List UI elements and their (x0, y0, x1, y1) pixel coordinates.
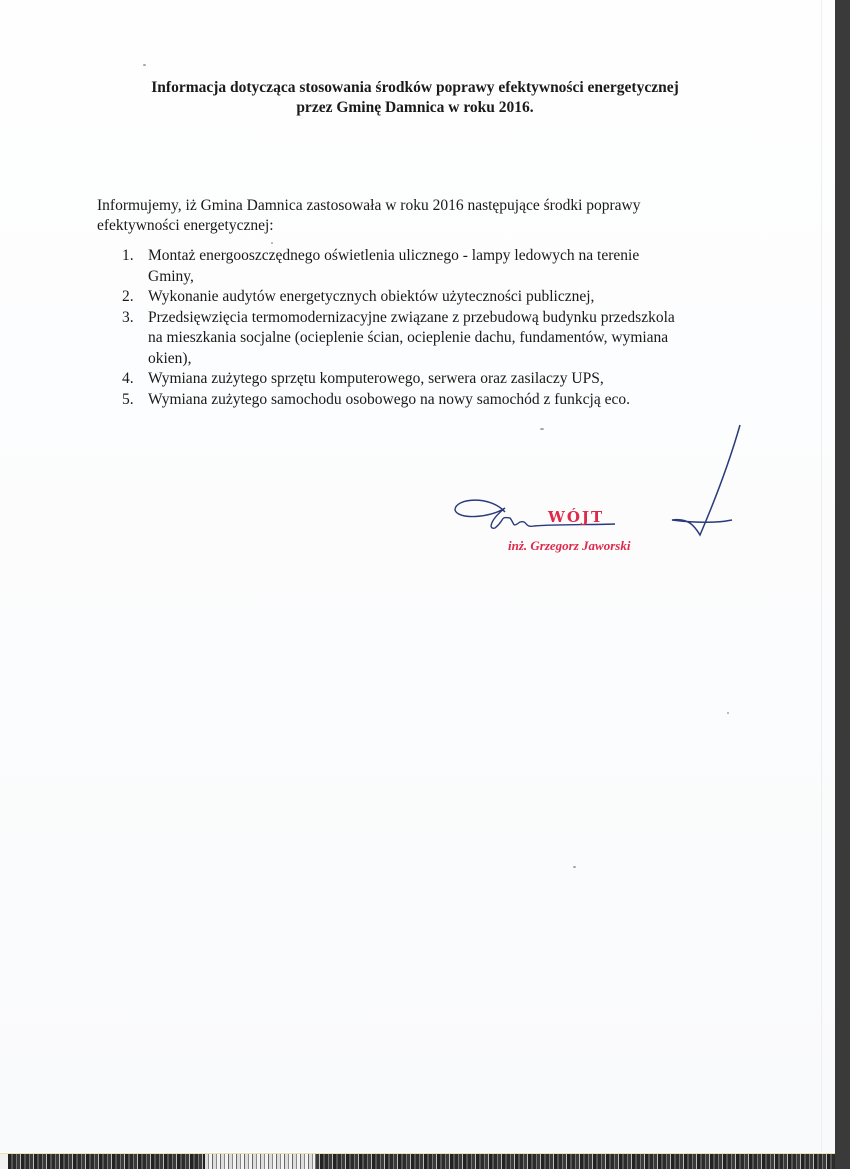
list-item-text: Gminy, (148, 267, 742, 288)
list-number: 2. (122, 287, 134, 308)
intro-line-1: Informujemy, iż Gmina Damnica zastosował… (97, 196, 737, 216)
list-item-text: Wykonanie audytów energetycznych obiektó… (148, 287, 742, 308)
title-line-2: przez Gminę Damnica w roku 2016. (100, 98, 730, 118)
list-item: 3. Przedsięwzięcia termomodernizacyjne z… (122, 308, 742, 370)
scan-edge-segment (0, 1154, 8, 1169)
scan-speck (540, 428, 544, 430)
document-title: Informacja dotycząca stosowania środków … (100, 78, 730, 118)
list-item-text: Wymiana zużytego sprzętu komputerowego, … (148, 369, 742, 390)
scan-speck (143, 64, 146, 66)
scan-edge-segment (205, 1154, 315, 1169)
title-line-1: Informacja dotycząca stosowania środków … (100, 78, 730, 98)
scanner-edge-bottom (0, 1153, 835, 1169)
list-number: 5. (122, 390, 134, 411)
scan-speck (271, 242, 273, 244)
stamp-name: inż. Grzegorz Jaworski (508, 538, 630, 554)
scan-speck (727, 712, 729, 714)
list-item-text: Montaż energooszczędnego oświetlenia uli… (148, 246, 742, 267)
stamp-position: WÓJT (548, 508, 604, 526)
list-number: 4. (122, 369, 134, 390)
list-item-text: Przedsięwzięcia termomodernizacyjne zwią… (148, 308, 742, 329)
list-item-text: na mieszkania socjalne (ocieplenie ścian… (148, 328, 742, 349)
scan-speck (573, 866, 576, 868)
list-item-text: okien), (148, 349, 742, 370)
list-item: 2. Wykonanie audytów energetycznych obie… (122, 287, 742, 308)
scanner-edge-right (835, 0, 850, 1169)
intro-line-2: efektywności energetycznej: (97, 216, 737, 236)
intro-paragraph: Informujemy, iż Gmina Damnica zastosował… (97, 196, 737, 236)
list-item: 1. Montaż energooszczędnego oświetlenia … (122, 246, 742, 287)
list-number: 1. (122, 246, 134, 267)
list-number: 3. (122, 308, 134, 329)
measures-list: 1. Montaż energooszczędnego oświetlenia … (122, 246, 742, 410)
list-item: 5. Wymiana zużytego samochodu osobowego … (122, 390, 742, 411)
scanned-page: Informacja dotycząca stosowania środków … (0, 0, 835, 1152)
scan-edge-line (821, 0, 822, 1152)
list-item: 4. Wymiana zużytego sprzętu komputeroweg… (122, 369, 742, 390)
list-item-text: Wymiana zużytego samochodu osobowego na … (148, 390, 742, 411)
